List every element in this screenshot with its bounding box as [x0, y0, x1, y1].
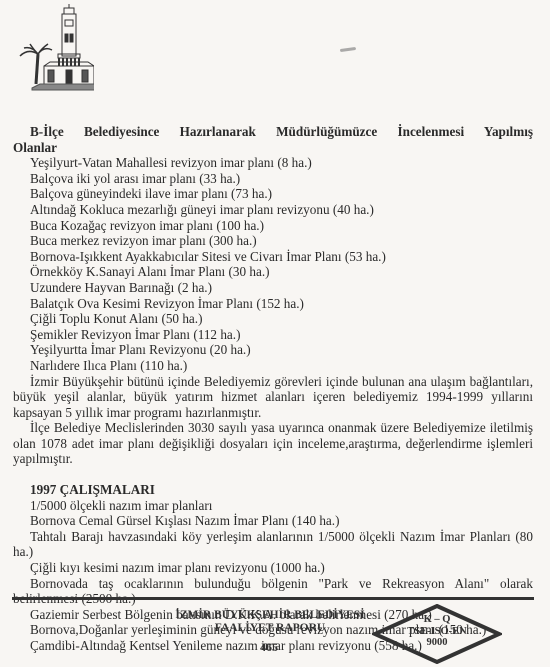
section-heading: B-İlçe Belediyesince Hazırlanarak Müdürl… [13, 124, 533, 155]
footer-org-line2: FAALİYET RAPORU [170, 622, 370, 635]
section-heading-line2: Olanlar [13, 140, 57, 155]
document-body: B-İlçe Belediyesince Hazırlanarak Müdürl… [13, 124, 533, 654]
list-item: Buca merkez revizyon imar planı (300 ha.… [13, 233, 533, 249]
list-item: Balçova güneyindeki ilave imar planı (73… [13, 186, 533, 202]
list-item: Yeşilyurt-Vatan Mahallesi revizyon imar … [13, 155, 533, 171]
scan-smudge [340, 47, 356, 52]
footer-org-line1: İZMİR BÜYÜKŞEHİR BELEDİYESİ [170, 609, 370, 622]
paragraph: Tahtalı Barajı havzasındaki köy yerleşim… [13, 529, 533, 560]
section-1997-title: 1997 ÇALIŞMALARI [13, 482, 533, 498]
section-heading-line1: B-İlçe Belediyesince Hazırlanarak Müdürl… [13, 124, 533, 140]
list-item: Balçova iki yol arası imar planı (33 ha.… [13, 171, 533, 187]
list-item: Çiğli Toplu Konut Alanı (50 ha.) [13, 311, 533, 327]
quality-badge-text: K – Q TSE-ISO-EN 9000 [372, 614, 502, 649]
izmir-clock-tower-logo-icon [14, 4, 94, 92]
paragraph: İlçe Belediye Meclislerinden 3030 sayılı… [13, 420, 533, 467]
footer-org-title: İZMİR BÜYÜKŞEHİR BELEDİYESİ FAALİYET RAP… [170, 609, 370, 634]
paragraph: Bornovada taş ocaklarının bulunduğu bölg… [13, 576, 533, 607]
paragraph: İzmir Büyükşehir bütünü içinde Belediyem… [13, 374, 533, 421]
list-item: Şemikler Revizyon İmar Planı (112 ha.) [13, 327, 533, 343]
section-b-list: Yeşilyurt-Vatan Mahallesi revizyon imar … [13, 155, 533, 373]
list-item: Buca Kozağaç revizyon imar planı (100 ha… [13, 218, 533, 234]
list-item: Uzundere Hayvan Barınağı (2 ha.) [13, 280, 533, 296]
footer-divider [12, 597, 534, 600]
list-item: Bornova-Işıkkent Ayakkabıcılar Sitesi ve… [13, 249, 533, 265]
page-number: 465 [260, 640, 278, 655]
badge-line3: 9000 [372, 637, 502, 649]
list-item: Örnekköy K.Sanayi Alanı İmar Planı (30 h… [13, 264, 533, 280]
list-item: 1/5000 ölçekli nazım imar planları [13, 498, 533, 514]
list-item: Yeşilyurtta İmar Planı Revizyonu (20 ha.… [13, 342, 533, 358]
list-item: Bornova Cemal Gürsel Kışlası Nazım İmar … [13, 513, 533, 529]
list-item: Narlıdere Ilıca Planı (110 ha.) [13, 358, 533, 374]
list-item: Balatçık Ova Kesimi Revizyon İmar Planı … [13, 296, 533, 312]
badge-line2: TSE-ISO-EN [372, 626, 502, 638]
list-item: Altındağ Kokluca mezarlığı güneyi imar p… [13, 202, 533, 218]
list-item: Çiğli kıyı kesimi nazım imar planı reviz… [13, 560, 533, 576]
badge-line1: K – Q [372, 614, 502, 626]
